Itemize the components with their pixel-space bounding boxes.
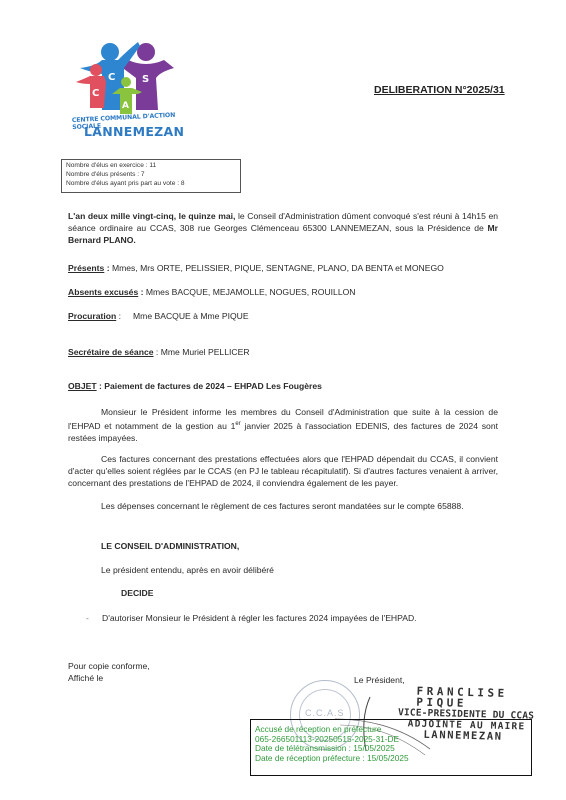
prefecture-receipt-text: Accusé de réception en préfecture 065-26… bbox=[255, 725, 409, 763]
presents-separator: : bbox=[104, 263, 112, 273]
decision-item-text: D'autoriser Monsieur le Président à régl… bbox=[102, 613, 417, 623]
svg-text:S: S bbox=[142, 74, 149, 85]
elus-presents: Nombre d'élus présents : 7 bbox=[66, 170, 236, 179]
presents-label: Présents bbox=[68, 263, 104, 273]
procuration-line: Procuration :Mme BACQUE à Mme PIQUE bbox=[68, 310, 498, 322]
body-paragraph-1: Monsieur le Président informe les membre… bbox=[68, 406, 498, 444]
meeting-date: L'an deux mille vingt-cinq, le quinze ma… bbox=[68, 211, 235, 221]
prefecture-reception-date: Date de réception préfecture : 15/05/202… bbox=[255, 754, 409, 764]
presents-value: Mmes, Mrs ORTE, PELISSIER, PIQUE, SENTAG… bbox=[112, 263, 444, 273]
intro-paragraph: L'an deux mille vingt-cinq, le quinze ma… bbox=[68, 210, 498, 246]
bullet-dash: - bbox=[86, 612, 102, 624]
absents-label: Absents excusés bbox=[68, 287, 138, 297]
secretaire-separator: : bbox=[154, 347, 161, 357]
svg-text:C: C bbox=[108, 72, 115, 83]
decide-heading: DECIDE bbox=[121, 587, 551, 599]
procuration-label: Procuration bbox=[68, 311, 116, 321]
body-paragraph-3: Les dépenses concernant le règlement de … bbox=[68, 500, 498, 512]
absents-line: Absents excusés : Mmes BACQUE, MEJAMOLLE… bbox=[68, 286, 498, 298]
deliberation-statement: Le président entendu, après en avoir dél… bbox=[101, 564, 531, 576]
objet-value: Paiement de factures de 2024 – EHPAD Les… bbox=[104, 381, 322, 391]
copie-conforme: Pour copie conforme, bbox=[68, 660, 498, 672]
secretaire-value: Mme Muriel PELLICER bbox=[161, 347, 250, 357]
logo-city-name: LANNEMEZAN bbox=[84, 124, 184, 139]
elus-votants: Nombre d'élus ayant pris part au vote : … bbox=[66, 179, 236, 188]
objet-label: OBJET bbox=[68, 381, 97, 391]
ccas-logo: C C A S CENTRE COMMUNAL D'ACTION SOCIALE… bbox=[68, 38, 238, 150]
absents-separator: : bbox=[138, 287, 146, 297]
presents-line: Présents : Mmes, Mrs ORTE, PELISSIER, PI… bbox=[68, 262, 498, 274]
president-label: Le Président, bbox=[354, 675, 405, 685]
absents-value: Mmes BACQUE, MEJAMOLLE, NOGUES, ROUILLON bbox=[146, 287, 356, 297]
svg-text:A: A bbox=[122, 101, 129, 111]
decision-item: -D'autoriser Monsieur le Président à rég… bbox=[86, 612, 516, 624]
svg-text:C: C bbox=[92, 88, 99, 99]
procuration-value: Mme BACQUE à Mme PIQUE bbox=[121, 311, 249, 321]
council-heading: LE CONSEIL D'ADMINISTRATION, bbox=[101, 540, 531, 552]
elus-count-box: Nombre d'élus en exercice : 11 Nombre d'… bbox=[61, 159, 241, 193]
secretaire-line: Secrétaire de séance : Mme Muriel PELLIC… bbox=[68, 346, 498, 358]
prefecture-receipt-box: Accusé de réception en préfecture 065-26… bbox=[250, 719, 532, 776]
objet-line: OBJET : Paiement de factures de 2024 – E… bbox=[68, 380, 498, 392]
deliberation-title: DELIBERATION N°2025/31 bbox=[374, 84, 505, 96]
elus-exercice: Nombre d'élus en exercice : 11 bbox=[66, 161, 236, 170]
family-figures-icon: C C A S bbox=[68, 38, 238, 118]
body-paragraph-2: Ces factures concernant des prestations … bbox=[68, 453, 498, 489]
secretaire-label: Secrétaire de séance bbox=[68, 347, 154, 357]
